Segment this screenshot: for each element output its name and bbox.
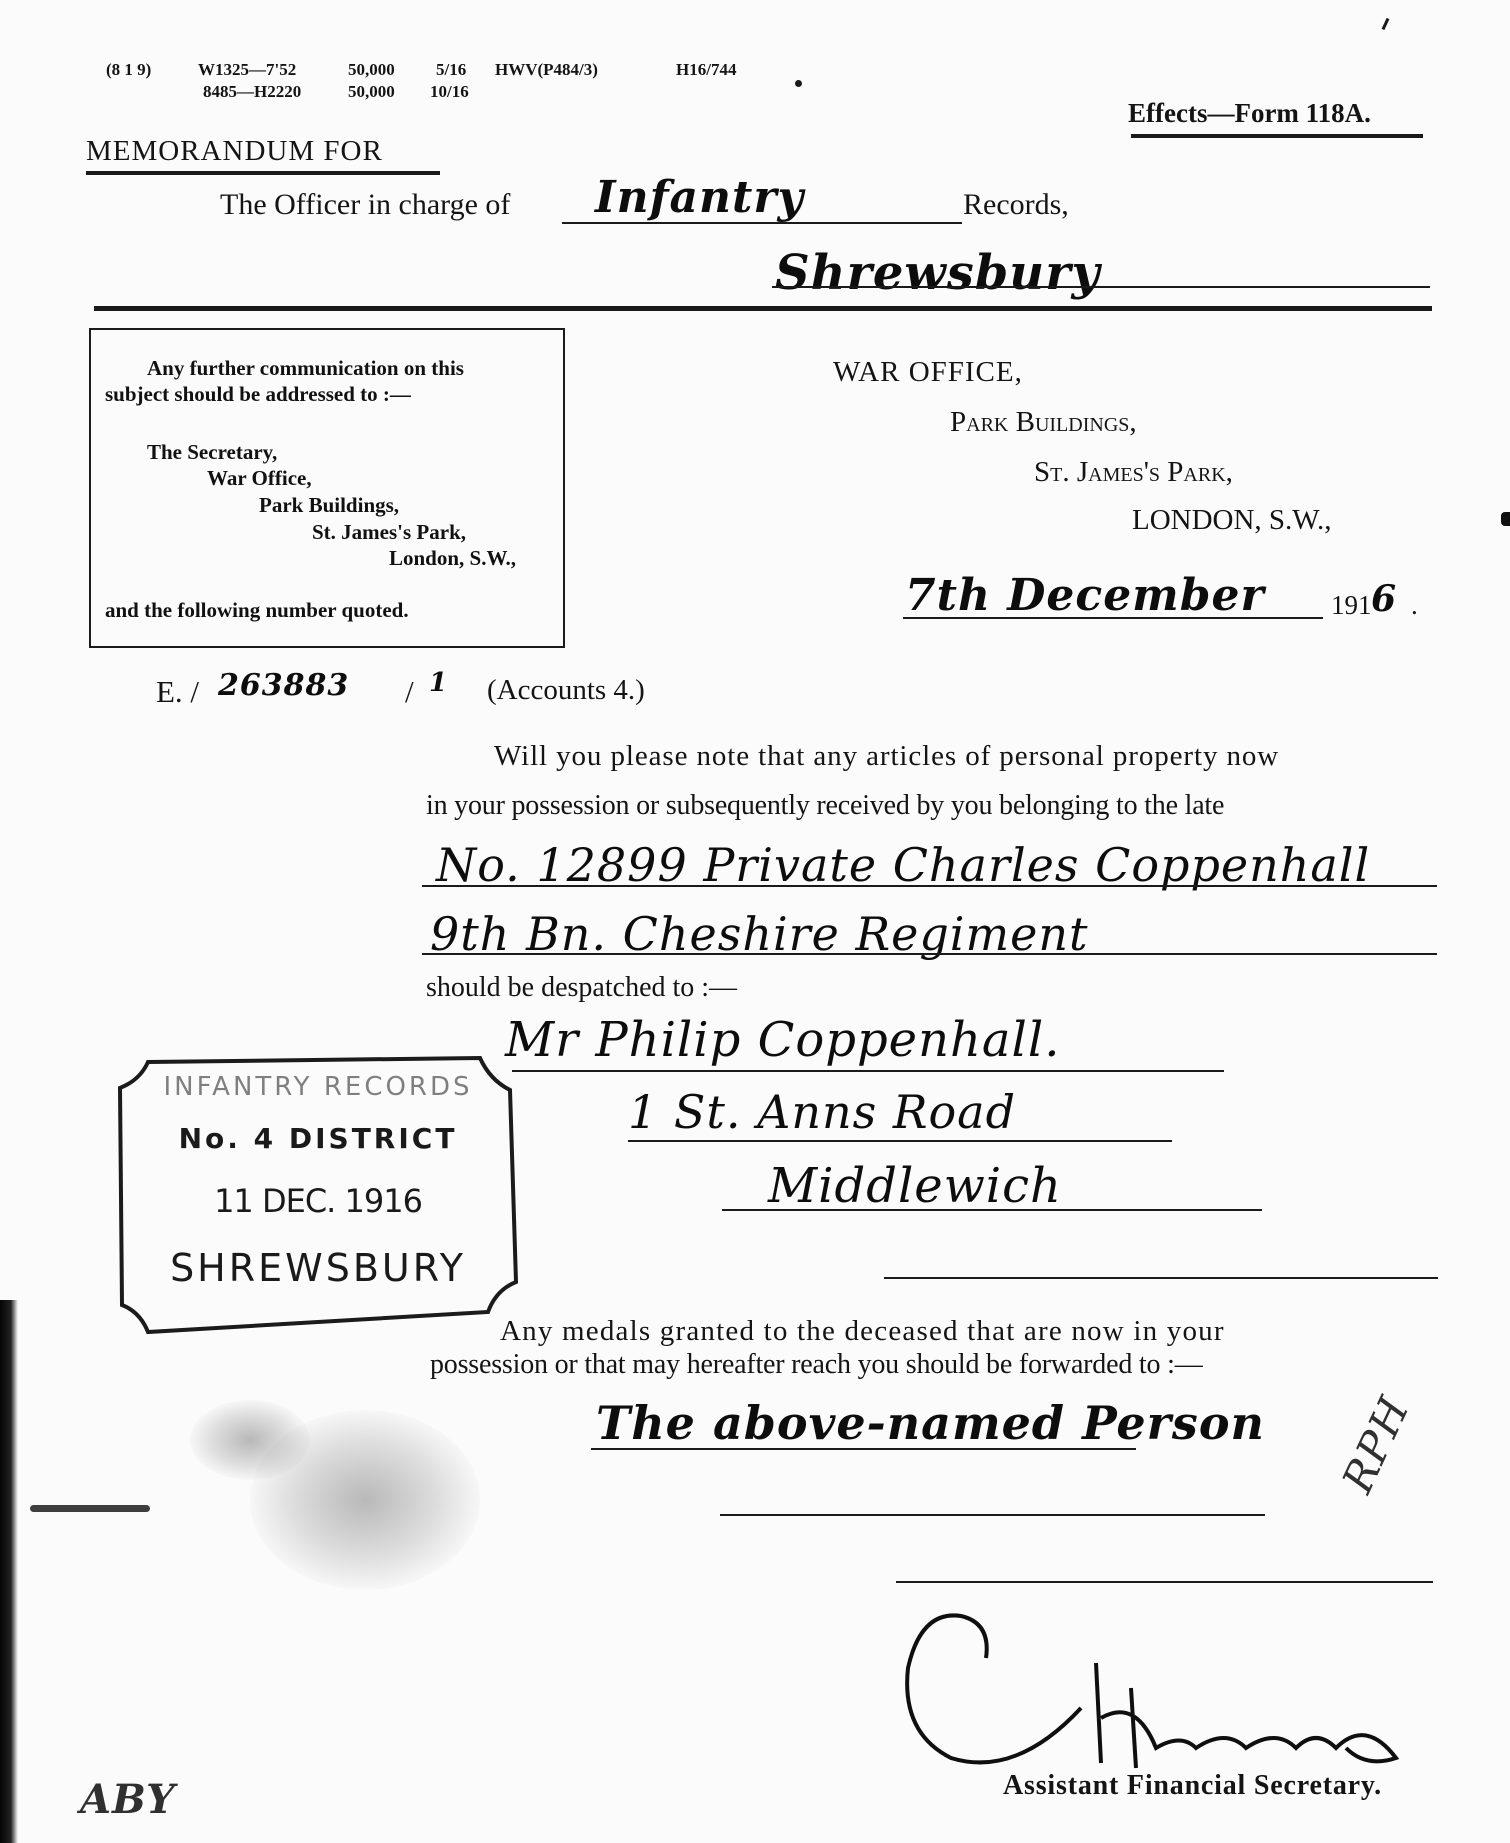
date-end: . — [1411, 590, 1418, 621]
recipient-street-line — [628, 1140, 1172, 1142]
medals-extra-line-2 — [896, 1581, 1433, 1583]
recipient-town-line — [722, 1209, 1262, 1211]
reference-number-handwritten: 263883 — [218, 668, 349, 703]
deceased-line — [422, 885, 1437, 887]
officer-location-line — [772, 286, 1430, 288]
printer-code-part: 50,000 — [348, 60, 395, 80]
printer-code-part: H16/744 — [676, 60, 736, 80]
recipient-extra-line — [884, 1277, 1438, 1279]
memo-heading: MEMORANDUM FOR — [86, 135, 383, 168]
officer-unit-handwritten: Infantry — [595, 172, 804, 223]
signature-title: Assistant Financial Secretary. — [1003, 1770, 1382, 1802]
stamp-line: No. 4 DISTRICT — [118, 1122, 518, 1155]
form-title: Effects—Form 118A. — [1128, 98, 1371, 129]
reference-suffix-handwritten: 1 — [429, 668, 448, 698]
officer-unit-line — [562, 222, 962, 224]
info-box-line: subject should be addressed to :— — [105, 382, 411, 407]
scan-edge-shadow — [0, 1300, 18, 1843]
printer-code-part: HWV(P484/3) — [495, 60, 598, 80]
reference-prefix: E. / — [156, 674, 199, 710]
signature-flourish — [896, 1598, 1436, 1778]
form-title-underline — [1131, 134, 1423, 138]
sender-address-line: St. James's Park, — [1034, 456, 1233, 489]
reply-instructions-box: Any further communication on this subjec… — [89, 328, 565, 648]
reference-accounts: (Accounts 4.) — [487, 674, 645, 707]
stamp-date: 11 DEC. 1916 — [118, 1182, 518, 1220]
info-box-footer: and the following number quoted. — [105, 598, 409, 623]
dot-mark — [795, 80, 802, 87]
margin-note-handwritten: ABY — [80, 1776, 176, 1823]
body-paragraph-line: in your possession or subsequently recei… — [426, 790, 1224, 822]
recipient-line — [512, 1070, 1224, 1072]
officer-location-handwritten: Shrewsbury — [775, 245, 1100, 301]
info-box-address-line: London, S.W., — [389, 546, 516, 571]
stamp-line: SHREWSBURY — [118, 1246, 518, 1290]
deceased-name-handwritten: No. 12899 Private Charles Coppenhall — [436, 838, 1370, 892]
officer-prefix: The Officer in charge of — [220, 188, 510, 222]
memorandum-page: (8 1 9) W1325—7'52 50,000 5/16 HWV(P484/… — [0, 0, 1510, 1843]
scan-edge-mark — [1501, 512, 1510, 526]
reference-separator: / — [405, 674, 414, 710]
medals-paragraph-line: Any medals granted to the deceased that … — [500, 1315, 1225, 1348]
printer-code-part: 10/16 — [430, 82, 469, 102]
recipient-town-handwritten: Middlewich — [768, 1158, 1062, 1214]
medals-recipient-handwritten: The above-named Person — [596, 1396, 1265, 1450]
memo-heading-underline — [86, 171, 440, 175]
date-year-printed: 191 — [1331, 590, 1372, 621]
ink-stroke — [30, 1505, 150, 1512]
deceased-unit-line — [422, 953, 1437, 955]
body-paragraph-line: Will you please note that any articles o… — [494, 740, 1279, 773]
info-box-address-line: St. James's Park, — [312, 520, 466, 545]
ink-smudge — [190, 1400, 310, 1480]
date-handwritten: 7th December — [905, 570, 1265, 621]
initials-handwritten: RPH — [1333, 1389, 1419, 1500]
info-box-address-line: The Secretary, — [147, 440, 277, 465]
printer-code-part: (8 1 9) — [106, 60, 151, 80]
officer-suffix: Records, — [963, 188, 1069, 222]
header-divider — [94, 306, 1432, 311]
pen-mark — [1382, 18, 1390, 30]
recipient-street-handwritten: 1 St. Anns Road — [628, 1085, 1016, 1139]
records-office-stamp: INFANTRY RECORDS No. 4 DISTRICT 11 DEC. … — [118, 1050, 518, 1335]
date-line — [903, 617, 1323, 619]
info-box-line: Any further communication on this — [147, 356, 464, 381]
printer-code-part: W1325—7'52 — [198, 60, 296, 80]
sender-address-line: Park Buildings, — [950, 406, 1137, 439]
medals-paragraph-line: possession or that may hereafter reach y… — [430, 1349, 1203, 1381]
sender-address-line: LONDON, S.W., — [1132, 504, 1332, 537]
recipient-name-handwritten: Mr Philip Coppenhall. — [505, 1012, 1061, 1068]
printer-code-part: 8485—H2220 — [203, 82, 301, 102]
printer-code-part: 5/16 — [436, 60, 466, 80]
date-year-handwritten: 6 — [1371, 578, 1397, 620]
stamp-line: INFANTRY RECORDS — [118, 1072, 518, 1102]
medals-extra-line-1 — [720, 1514, 1265, 1516]
medals-recipient-line — [591, 1448, 1136, 1450]
despatch-label: should be despatched to :— — [426, 972, 737, 1004]
info-box-address-line: War Office, — [207, 466, 312, 491]
info-box-address-line: Park Buildings, — [259, 493, 399, 518]
printer-code-part: 50,000 — [348, 82, 395, 102]
sender-address-line: WAR OFFICE, — [833, 356, 1023, 389]
